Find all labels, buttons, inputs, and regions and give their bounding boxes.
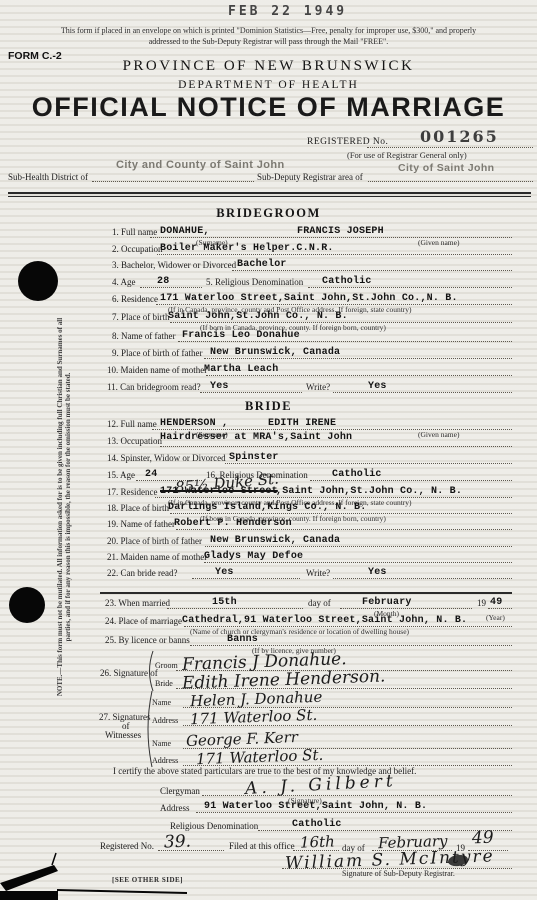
- groom-read-value: Yes: [210, 381, 229, 392]
- groom-read-line: [200, 392, 302, 393]
- bride-occupation-line: [160, 446, 512, 447]
- bride-father-birth-line: [205, 546, 512, 547]
- when-married-line1: [167, 608, 303, 609]
- licence-banns-value: Banns: [227, 634, 258, 645]
- groom-mother-label: 10. Maiden name of mother: [107, 365, 207, 375]
- witnesses-label-3: Witnesses: [105, 730, 141, 740]
- bride-father-value: Robert P. Henderson: [174, 518, 292, 529]
- bride-father-birth-label: 20. Place of birth of father: [107, 536, 202, 546]
- district-line: [92, 181, 254, 182]
- when-married-day-value: 15th: [212, 597, 237, 608]
- registered-no-label: REGISTERED No.: [307, 137, 388, 147]
- witness1-address-label: Address: [152, 716, 178, 725]
- bride-status-value: Spinster: [229, 452, 279, 463]
- place-of-marriage-value: Cathedral,91 Waterloo Street,Saint John,…: [182, 615, 467, 626]
- mail-note-line1: This form if placed in an envelope on wh…: [0, 26, 537, 35]
- groom-write-value: Yes: [368, 381, 387, 392]
- bride-write-value: Yes: [368, 567, 387, 578]
- groom-residence-label: 6. Residence: [112, 294, 158, 304]
- marriage-notice-document: FEB 22 1949 This form if placed in an en…: [0, 0, 537, 900]
- groom-fullname-label: 1. Full name: [112, 227, 157, 237]
- witness2-name-label: Name: [152, 739, 171, 748]
- licence-banns-label: 25. By licence or banns: [105, 635, 190, 645]
- margin-note: NOTE.—This form must not be mutilated. A…: [56, 227, 72, 787]
- groom-father-label: 8. Name of father: [112, 331, 175, 341]
- margin-note-line2: parties, and if for any reason this is i…: [64, 227, 72, 787]
- groom-status-label: 3. Bachelor, Widower or Divorced: [112, 260, 236, 270]
- when-married-month-value: February: [362, 597, 412, 608]
- signature-brace: [145, 650, 154, 692]
- cert-religion-label: Religious Denomination: [170, 821, 258, 831]
- hole-punch-bottom: [9, 587, 45, 623]
- place-of-marriage-label: 24. Place of marriage: [105, 616, 182, 626]
- bride-section-title: BRIDE: [0, 399, 537, 414]
- scan-artifact-corner: [0, 845, 200, 900]
- bride-religion-value: Catholic: [332, 469, 382, 480]
- licence-banns-line: [190, 645, 512, 646]
- groom-mother-value: Martha Leach: [204, 364, 278, 375]
- bride-occupation-value: Hairdresser at MRA's,Saint John: [160, 432, 352, 443]
- groom-occupation-line: [157, 254, 512, 255]
- when-married-year-value: 49: [490, 597, 502, 608]
- bride-givenname-hint: (Given name): [418, 430, 459, 439]
- clergyman-label: Clergyman: [160, 786, 200, 796]
- bride-surname-value: HENDERSON ,: [160, 418, 228, 429]
- clergyman-address-label: Address: [160, 803, 190, 813]
- bride-mother-label: 21. Maiden name of mother: [107, 552, 207, 562]
- groom-birthplace-label: 7. Place of birth: [112, 312, 170, 322]
- day-of-label: day of: [308, 598, 331, 608]
- bride-age-value: 24: [145, 469, 157, 480]
- groom-father-line: [178, 341, 512, 342]
- margin-note-line1: NOTE.—This form must not be mutilated. A…: [56, 227, 64, 787]
- groom-surname-value: DONAHUE,: [160, 226, 210, 237]
- province-heading: PROVINCE OF NEW BRUNSWICK: [0, 58, 537, 75]
- filed-day-value: 16th: [300, 832, 335, 851]
- groom-religion-label: 5. Religious Denomination: [206, 277, 303, 287]
- place-of-marriage-hint: (Name of church or clergyman's residence…: [190, 627, 409, 636]
- bride-father-label: 19. Name of father: [107, 519, 175, 529]
- header-divider: [8, 192, 531, 197]
- groom-read-label: 11. Can bridegroom read?: [107, 382, 201, 392]
- date-received-stamp: FEB 22 1949: [228, 4, 347, 19]
- bride-write-line: [333, 578, 512, 579]
- bride-birthplace-value: Darlings Island,Kings Co., N. B.: [168, 502, 366, 513]
- mail-note-line2: addressed to the Sub-Deputy Registrar wi…: [0, 37, 537, 46]
- bride-write-label: Write?: [306, 568, 330, 578]
- sub-health-district-stamp: City and County of Saint John: [116, 159, 285, 171]
- sub-deputy-area-stamp: City of Saint John: [398, 162, 494, 174]
- groom-age-line: [140, 287, 202, 288]
- bride-sig-label: Bride: [155, 679, 173, 688]
- groom-sig-label: Groom: [155, 661, 178, 670]
- witness1-name-label: Name: [152, 698, 171, 707]
- groom-status-value: Bachelor: [237, 259, 287, 270]
- area-line: [368, 181, 533, 182]
- groom-father-birth-value: New Brunswick, Canada: [210, 347, 340, 358]
- department-heading: DEPARTMENT OF HEALTH: [0, 79, 537, 91]
- groom-givenname-hint: (Given name): [418, 238, 459, 247]
- marriage-section-divider: [100, 592, 512, 594]
- registrar-use-note: (For use of Registrar General only): [347, 150, 467, 160]
- groom-father-birth-label: 9. Place of birth of father: [112, 348, 202, 358]
- when-married-label: 23. When married: [105, 598, 170, 608]
- filed-year-value: 49: [472, 828, 494, 849]
- bride-read-label: 22. Can bride read?: [107, 568, 177, 578]
- bride-age-label: 15. Age: [107, 470, 135, 480]
- sub-deputy-label: Sub-Deputy Registrar area of: [257, 172, 363, 182]
- registrar-signature-label: Signature of Sub-Deputy Registrar.: [342, 869, 455, 878]
- groom-write-line: [333, 392, 512, 393]
- page-title: OFFICIAL NOTICE OF MARRIAGE: [0, 92, 537, 123]
- bridegroom-section-title: BRIDEGROOM: [0, 206, 537, 221]
- groom-occupation-label: 2. Occupation: [112, 244, 162, 254]
- groom-givenname-value: FRANCIS JOSEPH: [297, 226, 384, 237]
- bride-father-birth-value: New Brunswick, Canada: [210, 535, 340, 546]
- groom-age-label: 4. Age: [112, 277, 136, 287]
- sub-health-district-label: Sub-Health District of: [8, 172, 88, 182]
- bride-givenname-value: EDITH IRENE: [268, 418, 336, 429]
- hole-punch-top: [18, 261, 58, 301]
- groom-father-birth-line: [204, 358, 512, 359]
- registered-no-line: [367, 147, 533, 148]
- bride-read-value: Yes: [215, 567, 234, 578]
- clergyman-address-line: [196, 812, 512, 813]
- when-married-line3: [488, 608, 512, 609]
- bride-birthplace-label: 18. Place of birth: [107, 503, 169, 513]
- bride-fullname-label: 12. Full name: [107, 419, 157, 429]
- groom-mother-line: [206, 375, 512, 376]
- clergyman-address-value: 91 Waterloo Street,Saint John, N. B.: [204, 801, 427, 812]
- when-married-line2: [340, 608, 472, 609]
- bride-father-line: [176, 529, 512, 530]
- bride-status-line: [225, 463, 512, 464]
- bride-mother-value: Gladys May Defoe: [204, 551, 303, 562]
- filed-label: Filed at this office: [229, 841, 295, 851]
- year-prefix: 19: [477, 598, 486, 608]
- cert-religion-value: Catholic: [292, 819, 342, 830]
- bride-status-label: 14. Spinster, Widow or Divorced: [107, 453, 226, 463]
- groom-age-value: 28: [157, 276, 169, 287]
- groom-father-value: Francis Leo Donahue: [182, 330, 300, 341]
- year-hint: (Year): [486, 613, 505, 622]
- bride-residence-label: 17. Residence: [107, 487, 157, 497]
- bride-residence-rest-value: ,Saint John,St.John Co., N. B.: [276, 486, 462, 497]
- bride-religion-line: [310, 480, 512, 481]
- bride-occupation-label: 13. Occupation: [107, 436, 162, 446]
- groom-write-label: Write?: [306, 382, 330, 392]
- groom-religion-value: Catholic: [322, 276, 372, 287]
- groom-residence-value: 171 Waterloo Street,Saint John,St.John C…: [160, 293, 458, 304]
- groom-religion-line: [308, 287, 512, 288]
- groom-status-line: [232, 270, 512, 271]
- groom-birthplace-value: Saint John,St.John Co., N. B.: [168, 311, 348, 322]
- bride-read-line: [192, 578, 300, 579]
- bride-mother-line: [204, 562, 512, 563]
- groom-occupation-value: Boiler Maker's Helper.C.N.R.: [160, 243, 334, 254]
- witness2-address-label: Address: [152, 756, 178, 765]
- registered-no-stamp: 001265: [420, 127, 499, 146]
